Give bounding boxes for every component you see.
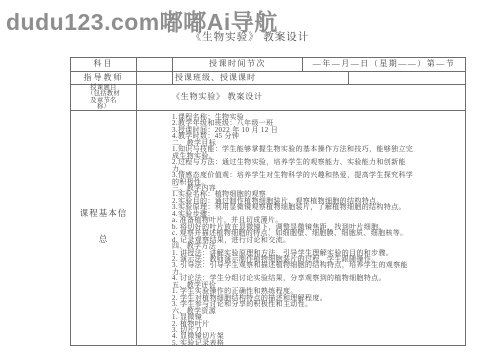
- cell-class-period-value: [349, 72, 466, 85]
- cell-body-label: 课程基本信 总: [71, 111, 137, 346]
- table-row-subject: 科目 授课时间节次 —年—月—日（星期——）第—节: [71, 58, 466, 72]
- lesson-plan-table: 科目 授课时间节次 —年—月—日（星期——）第—节 指导教师 授课班级、授课课时…: [70, 57, 466, 346]
- cell-body-content: 1.课程名称：生物实验2.教学年级和班级：八年级一班3.授课时间：2022 年 …: [137, 111, 466, 346]
- table-row-teacher: 指导教师 授课班级、授课课时: [71, 72, 466, 85]
- body-label-line2: 总: [71, 235, 136, 244]
- cell-subject-value: [137, 58, 173, 72]
- table-row-body: 课程基本信 总 1.课程名称：生物实验2.教学年级和班级：八年级一班3.授课时间…: [71, 111, 466, 346]
- cell-topic-value: 《生物实验》 教案设计: [137, 85, 466, 111]
- cell-date-value: —年—月—日（星期——）第—节: [303, 58, 466, 72]
- cell-subject-label: 科目: [71, 58, 137, 72]
- cell-class-period-label: 授课班级、授课课时: [173, 72, 349, 85]
- lesson-content: 1.课程名称：生物实验2.教学年级和班级：八年级一班3.授课时间：2022 年 …: [172, 114, 465, 346]
- doc-title: 《生物实验》 教案设计: [0, 29, 500, 44]
- cell-topic-label: 授课题目（包括教材及章节名称）: [71, 85, 137, 111]
- cell-teacher-value: [137, 72, 173, 85]
- content-line: 5. 实验记录表格: [172, 340, 465, 346]
- document-page: dudu123.com嘟嘟Ai导航 《生物实验》 教案设计 科目 授课时间节次 …: [0, 0, 500, 360]
- cell-class-time-label: 授课时间节次: [173, 58, 303, 72]
- table-row-topic: 授课题目（包括教材及章节名称） 《生物实验》 教案设计: [71, 85, 466, 111]
- content-line: 称）: [97, 104, 110, 111]
- body-label-line1: 课程基本信: [71, 209, 136, 218]
